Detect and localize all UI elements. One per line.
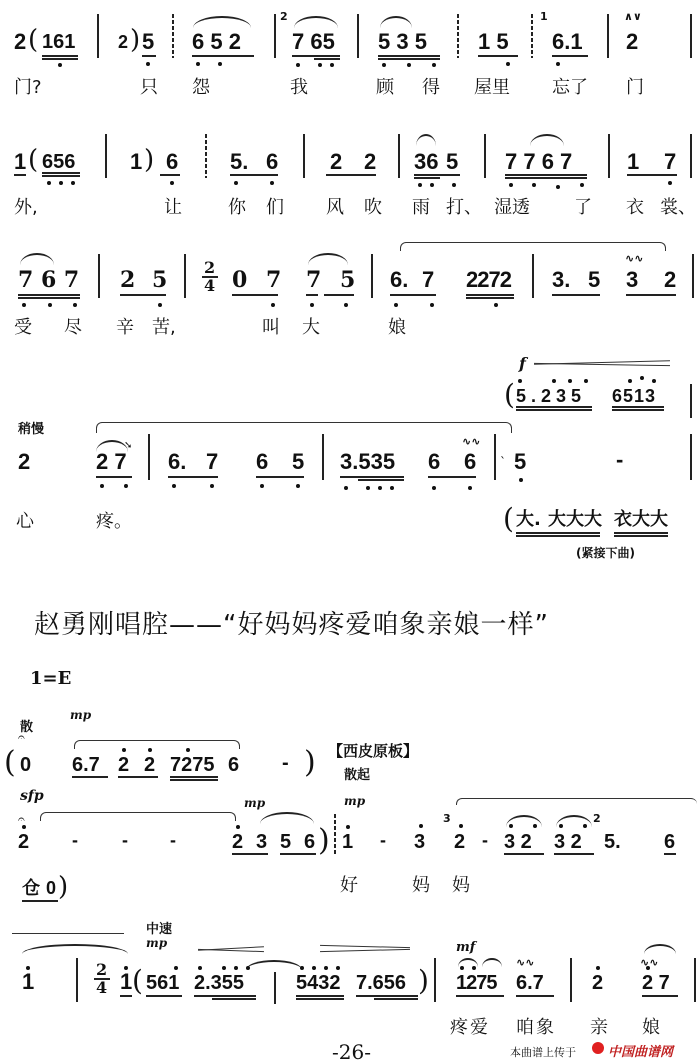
note: 2: [118, 30, 128, 54]
underline: [324, 294, 354, 296]
low-dot: [580, 183, 584, 187]
dynamic: mf: [456, 940, 475, 955]
note: 7: [422, 268, 434, 292]
underline: [378, 58, 440, 60]
underline: [118, 776, 158, 778]
note: 2 7: [96, 450, 127, 474]
note: 7 65: [292, 30, 335, 54]
underline: [314, 58, 340, 60]
note: 2: [454, 830, 465, 854]
dynamic: mp: [146, 936, 167, 950]
low-dot: [494, 303, 498, 307]
lyric: 娘: [388, 318, 406, 338]
low-dot: [170, 181, 174, 185]
underline: [428, 476, 476, 478]
continue-note: (紧接下曲): [576, 544, 635, 561]
underline: [160, 174, 180, 176]
decrescendo-hairpin: [320, 945, 410, 948]
low-dot: [47, 181, 51, 185]
lyric: 妈: [412, 876, 430, 896]
high-dot: [552, 379, 556, 383]
underline: [390, 294, 436, 296]
low-dot: [48, 303, 52, 307]
barline: [357, 14, 359, 58]
lyric: 得: [422, 78, 440, 98]
high-dot: [26, 966, 30, 970]
barline: [205, 134, 207, 178]
lyric: 风: [326, 198, 344, 218]
lyric: 受: [14, 318, 32, 338]
trill-ornament-icon: ∿∿: [516, 956, 534, 969]
low-dot: [378, 486, 382, 490]
note: 7: [206, 450, 218, 474]
barline: [184, 254, 186, 298]
underline: [18, 294, 80, 296]
note: 5: [142, 30, 154, 54]
dynamic: mp: [344, 794, 365, 808]
low-dot: [418, 183, 422, 187]
underline: [14, 174, 26, 176]
low-dot: [58, 63, 62, 67]
lyric: 妈: [452, 876, 470, 896]
note: 2.355: [194, 971, 244, 995]
phrase-bracket: [40, 812, 236, 821]
underline: [612, 409, 664, 411]
barline: [322, 434, 324, 480]
slur: [22, 944, 128, 954]
note: 3.535: [340, 450, 395, 474]
lyric: 外,: [14, 198, 38, 218]
underline: [22, 900, 58, 902]
barline: [494, 434, 496, 480]
dash: -: [72, 828, 78, 852]
underline: [326, 174, 376, 176]
underline: [374, 998, 418, 1000]
tempo-marking: 稍慢: [18, 418, 44, 437]
low-dot: [506, 62, 510, 66]
dash: -: [616, 448, 623, 472]
grace-note: 2: [593, 812, 601, 825]
underline: [170, 779, 218, 781]
low-dot: [382, 63, 386, 67]
lyric: 屋里: [474, 78, 510, 98]
high-dot: [124, 966, 128, 970]
grace-note: 2: [280, 10, 288, 23]
note: 2: [232, 830, 243, 854]
underline: [96, 476, 132, 478]
underline: [552, 294, 600, 296]
note: 7 7 6 7: [505, 150, 572, 174]
underline: [614, 535, 668, 537]
barline: [608, 134, 610, 178]
low-dot: [296, 63, 300, 67]
underline: [194, 995, 256, 997]
underline: [120, 995, 132, 997]
note: 5 3 5: [378, 30, 427, 54]
slur: [416, 134, 436, 146]
underline: [42, 55, 78, 57]
percussion-syllable: 衣大大: [614, 510, 668, 530]
underline: [296, 998, 344, 1000]
underline: [612, 406, 664, 408]
lyric: 怨: [192, 78, 210, 98]
lyric: 雨: [412, 198, 430, 218]
high-dot: [336, 966, 340, 970]
high-dot: [568, 379, 572, 383]
paren-close: ): [318, 826, 330, 856]
note: 2: [626, 30, 638, 54]
time-signature-top: 2: [96, 960, 107, 979]
note: 2: [364, 150, 376, 174]
low-dot: [271, 303, 275, 307]
note: 1 5: [478, 30, 509, 54]
lyric: 苦,: [152, 318, 176, 338]
note: 6.7: [516, 971, 544, 995]
low-dot: [394, 303, 398, 307]
percussion-syllable: 大.: [516, 510, 541, 530]
section-sub-label: 散起: [344, 764, 370, 783]
note: 1: [342, 830, 353, 854]
phrase-bracket: [96, 422, 512, 433]
paren-open: (: [132, 966, 143, 996]
barline: [692, 254, 694, 298]
lyric: 我: [290, 78, 308, 98]
high-dot: [628, 379, 632, 383]
note: 6: [228, 753, 239, 777]
decrescendo-hairpin: [320, 949, 410, 952]
note: 2: [18, 830, 29, 854]
dash: -: [282, 751, 289, 775]
high-dot: [419, 824, 423, 828]
underline: [466, 294, 514, 296]
underline: [42, 58, 78, 60]
low-dot: [509, 183, 513, 187]
note: 2 7: [642, 971, 670, 995]
note: 2: [120, 268, 135, 292]
underline: [232, 294, 278, 296]
low-dot: [668, 181, 672, 185]
low-dot: [556, 62, 560, 66]
trill-ornament-icon: ∿∿: [462, 435, 480, 448]
high-dot: [22, 825, 26, 829]
dash: -: [170, 828, 176, 852]
note: 3 2: [504, 830, 532, 854]
barline: [690, 384, 692, 418]
note: 6: [166, 150, 178, 174]
note: 2: [592, 971, 603, 995]
trill-ornament-icon: ∧∨: [624, 10, 642, 23]
low-dot: [432, 63, 436, 67]
lyric: 打、: [446, 198, 482, 218]
note: 1: [22, 970, 34, 994]
percussion-syllable: 仓: [22, 876, 40, 900]
barline: [97, 14, 99, 58]
note: 3: [256, 830, 267, 854]
note: 3 2: [554, 830, 582, 854]
lyric: 辛: [116, 318, 134, 338]
time-signature-bottom: 4: [96, 978, 107, 997]
low-dot: [234, 181, 238, 185]
low-dot: [196, 62, 200, 66]
note: 2: [14, 30, 26, 54]
note: 1: [627, 150, 639, 174]
barline: [148, 434, 150, 480]
underline: [42, 175, 80, 177]
note: 6.7: [72, 753, 100, 777]
low-dot: [296, 484, 300, 488]
high-dot: [472, 966, 476, 970]
underline: [256, 476, 304, 478]
barline: [334, 814, 336, 854]
lyric: 吹: [364, 198, 382, 218]
slur: [20, 253, 54, 265]
underline: [18, 297, 80, 299]
note: 561: [146, 971, 179, 995]
underline: [554, 853, 594, 855]
underline: [516, 995, 554, 997]
high-dot: [596, 966, 600, 970]
slur: [294, 16, 338, 28]
high-dot: [312, 966, 316, 970]
note: 2: [18, 450, 30, 474]
time-signature-top: 2: [204, 258, 215, 277]
low-dot: [366, 486, 370, 490]
high-dot: [533, 824, 537, 828]
note: 5432: [296, 971, 341, 995]
low-dot: [22, 303, 26, 307]
low-dot: [519, 478, 523, 482]
barline: [484, 134, 486, 178]
dynamic: mp: [244, 796, 265, 810]
note: 161: [42, 30, 75, 54]
lyric: 让: [164, 198, 182, 218]
note: 7275: [170, 753, 215, 777]
accompaniment-note: 6 5 1 3: [612, 384, 653, 408]
note: 6: [428, 450, 440, 474]
accompaniment-note: 5 . 2 3 5: [516, 384, 581, 408]
barline: [690, 14, 692, 58]
slur: [246, 960, 302, 970]
low-dot: [318, 63, 322, 67]
low-dot: [172, 484, 176, 488]
note: 2: [330, 150, 342, 174]
note: 5: [152, 268, 167, 292]
barline: [303, 134, 305, 178]
underline: [505, 177, 587, 179]
percussion-syllable: 大大大: [548, 510, 602, 530]
note: 0: [20, 753, 31, 777]
lyric: 娘: [642, 1018, 660, 1038]
slur: [482, 958, 502, 967]
lyric: 疼爱: [450, 1018, 490, 1038]
note: 0: [232, 268, 247, 292]
underline: [414, 177, 440, 179]
barline: [531, 14, 533, 58]
underline: [504, 853, 544, 855]
crescendo-hairpin: [534, 363, 670, 366]
lyric: 心: [16, 512, 34, 532]
slur: [260, 812, 314, 824]
lyric: 裳、: [660, 198, 696, 218]
note: 2272: [466, 268, 511, 292]
paren-close: ): [58, 872, 68, 902]
lyric: 叫: [262, 318, 280, 338]
low-dot: [270, 181, 274, 185]
fermata-icon: 𝄐: [18, 730, 25, 745]
note: 2: [118, 753, 129, 777]
low-dot: [218, 62, 222, 66]
underline: [478, 55, 518, 57]
dynamic: mp: [70, 708, 91, 722]
high-dot: [174, 966, 178, 970]
low-dot: [430, 183, 434, 187]
lyric: 顾: [376, 78, 394, 98]
low-dot: [100, 484, 104, 488]
underline: [192, 55, 254, 57]
piece-title: 赵勇刚唱腔——“好妈妈疼爱咱象亲娘一样”: [34, 604, 549, 641]
note: 3: [414, 830, 425, 854]
low-dot: [210, 484, 214, 488]
note: 5: [446, 150, 458, 174]
low-dot: [260, 484, 264, 488]
high-dot: [222, 966, 226, 970]
barline: [76, 958, 78, 1002]
underline: [626, 294, 676, 296]
barline: [434, 958, 436, 1002]
time-signature-bottom: 4: [204, 276, 215, 295]
high-dot: [640, 376, 644, 380]
note: 5: [340, 268, 355, 292]
phrase-bracket: [456, 798, 697, 805]
barline: [98, 254, 100, 298]
tempo-marking: 中速: [146, 918, 172, 937]
breath-mark-icon: ˋ: [500, 455, 506, 469]
underline: [356, 995, 418, 997]
low-dot: [124, 484, 128, 488]
barline: [172, 14, 174, 58]
barline: [398, 134, 400, 178]
high-dot: [584, 379, 588, 383]
note: 2: [144, 753, 155, 777]
slur: [380, 16, 412, 28]
underline: [296, 995, 344, 997]
paren-close: ): [418, 966, 429, 996]
lyric: 湿透: [494, 198, 530, 218]
barline: [105, 134, 107, 178]
lyric: 疼。: [96, 512, 132, 532]
underline: [516, 406, 592, 408]
crescendo-hairpin: [198, 949, 264, 952]
underline: [212, 998, 256, 1000]
low-dot: [146, 62, 150, 66]
note: 6.: [390, 268, 408, 292]
barline: [694, 958, 696, 1002]
note: 6: [256, 450, 268, 474]
underline: [614, 532, 668, 534]
low-dot: [344, 303, 348, 307]
underline: [505, 174, 587, 176]
note: 7: [664, 150, 676, 174]
note: 5: [292, 450, 304, 474]
dash: -: [122, 828, 128, 852]
note: 1: [14, 150, 26, 174]
note: 1275: [456, 971, 497, 995]
trill-ornament-icon: ∿∿: [625, 252, 643, 265]
lyric: 大: [302, 318, 320, 338]
underline: [664, 853, 676, 855]
note: 7: [306, 268, 321, 292]
paren-close: ): [130, 25, 140, 55]
high-dot: [346, 825, 350, 829]
key-signature: 1=E: [30, 668, 71, 689]
note: 5: [588, 268, 600, 292]
lyric: 门?: [14, 78, 42, 98]
barline: [274, 972, 276, 1004]
barline: [532, 254, 534, 298]
lyric: 你: [228, 198, 246, 218]
high-dot: [646, 966, 650, 970]
note: 6: [464, 450, 476, 474]
high-dot: [148, 748, 152, 752]
note: 7: [266, 268, 281, 292]
watermark-brand[interactable]: 中国曲谱网: [608, 1041, 673, 1060]
section-label: 【西皮原板】: [328, 740, 418, 761]
underline: [42, 172, 80, 174]
note: 5.: [604, 830, 621, 854]
high-dot: [234, 966, 238, 970]
low-dot: [407, 63, 411, 67]
barline: [607, 14, 609, 58]
lyric: 衣: [626, 198, 644, 218]
phrase-bracket: [74, 740, 240, 749]
lyric: 尽: [64, 318, 82, 338]
lyric: 亲: [590, 1018, 608, 1038]
low-dot: [59, 181, 63, 185]
grace-note: 3: [443, 812, 451, 825]
barline: [570, 958, 572, 1002]
underline: [168, 476, 218, 478]
dynamic-forte: f: [519, 354, 526, 373]
paren-close: ): [304, 748, 316, 778]
low-dot: [390, 486, 394, 490]
note: 6: [266, 150, 278, 174]
note: 1: [120, 970, 132, 994]
slur: [308, 253, 348, 265]
low-dot: [532, 183, 536, 187]
note: 5.: [230, 150, 248, 174]
underline: [306, 294, 318, 296]
high-dot: [300, 966, 304, 970]
high-dot: [459, 824, 463, 828]
barline: [457, 14, 459, 58]
lyric: 们: [266, 198, 284, 218]
paren-open: (: [504, 380, 515, 410]
page-number: -26-: [332, 1040, 371, 1064]
low-dot: [73, 303, 77, 307]
dash: -: [482, 828, 488, 852]
note: 6.1: [552, 30, 583, 54]
low-dot: [556, 185, 560, 189]
underline: [340, 476, 404, 478]
paren-open: (: [503, 504, 514, 534]
low-dot: [452, 183, 456, 187]
phrase-line: [12, 933, 124, 934]
lyric: 忘了: [552, 78, 588, 98]
note: 36: [414, 150, 438, 174]
high-dot: [324, 966, 328, 970]
underline: [456, 995, 504, 997]
underline: [378, 55, 440, 57]
